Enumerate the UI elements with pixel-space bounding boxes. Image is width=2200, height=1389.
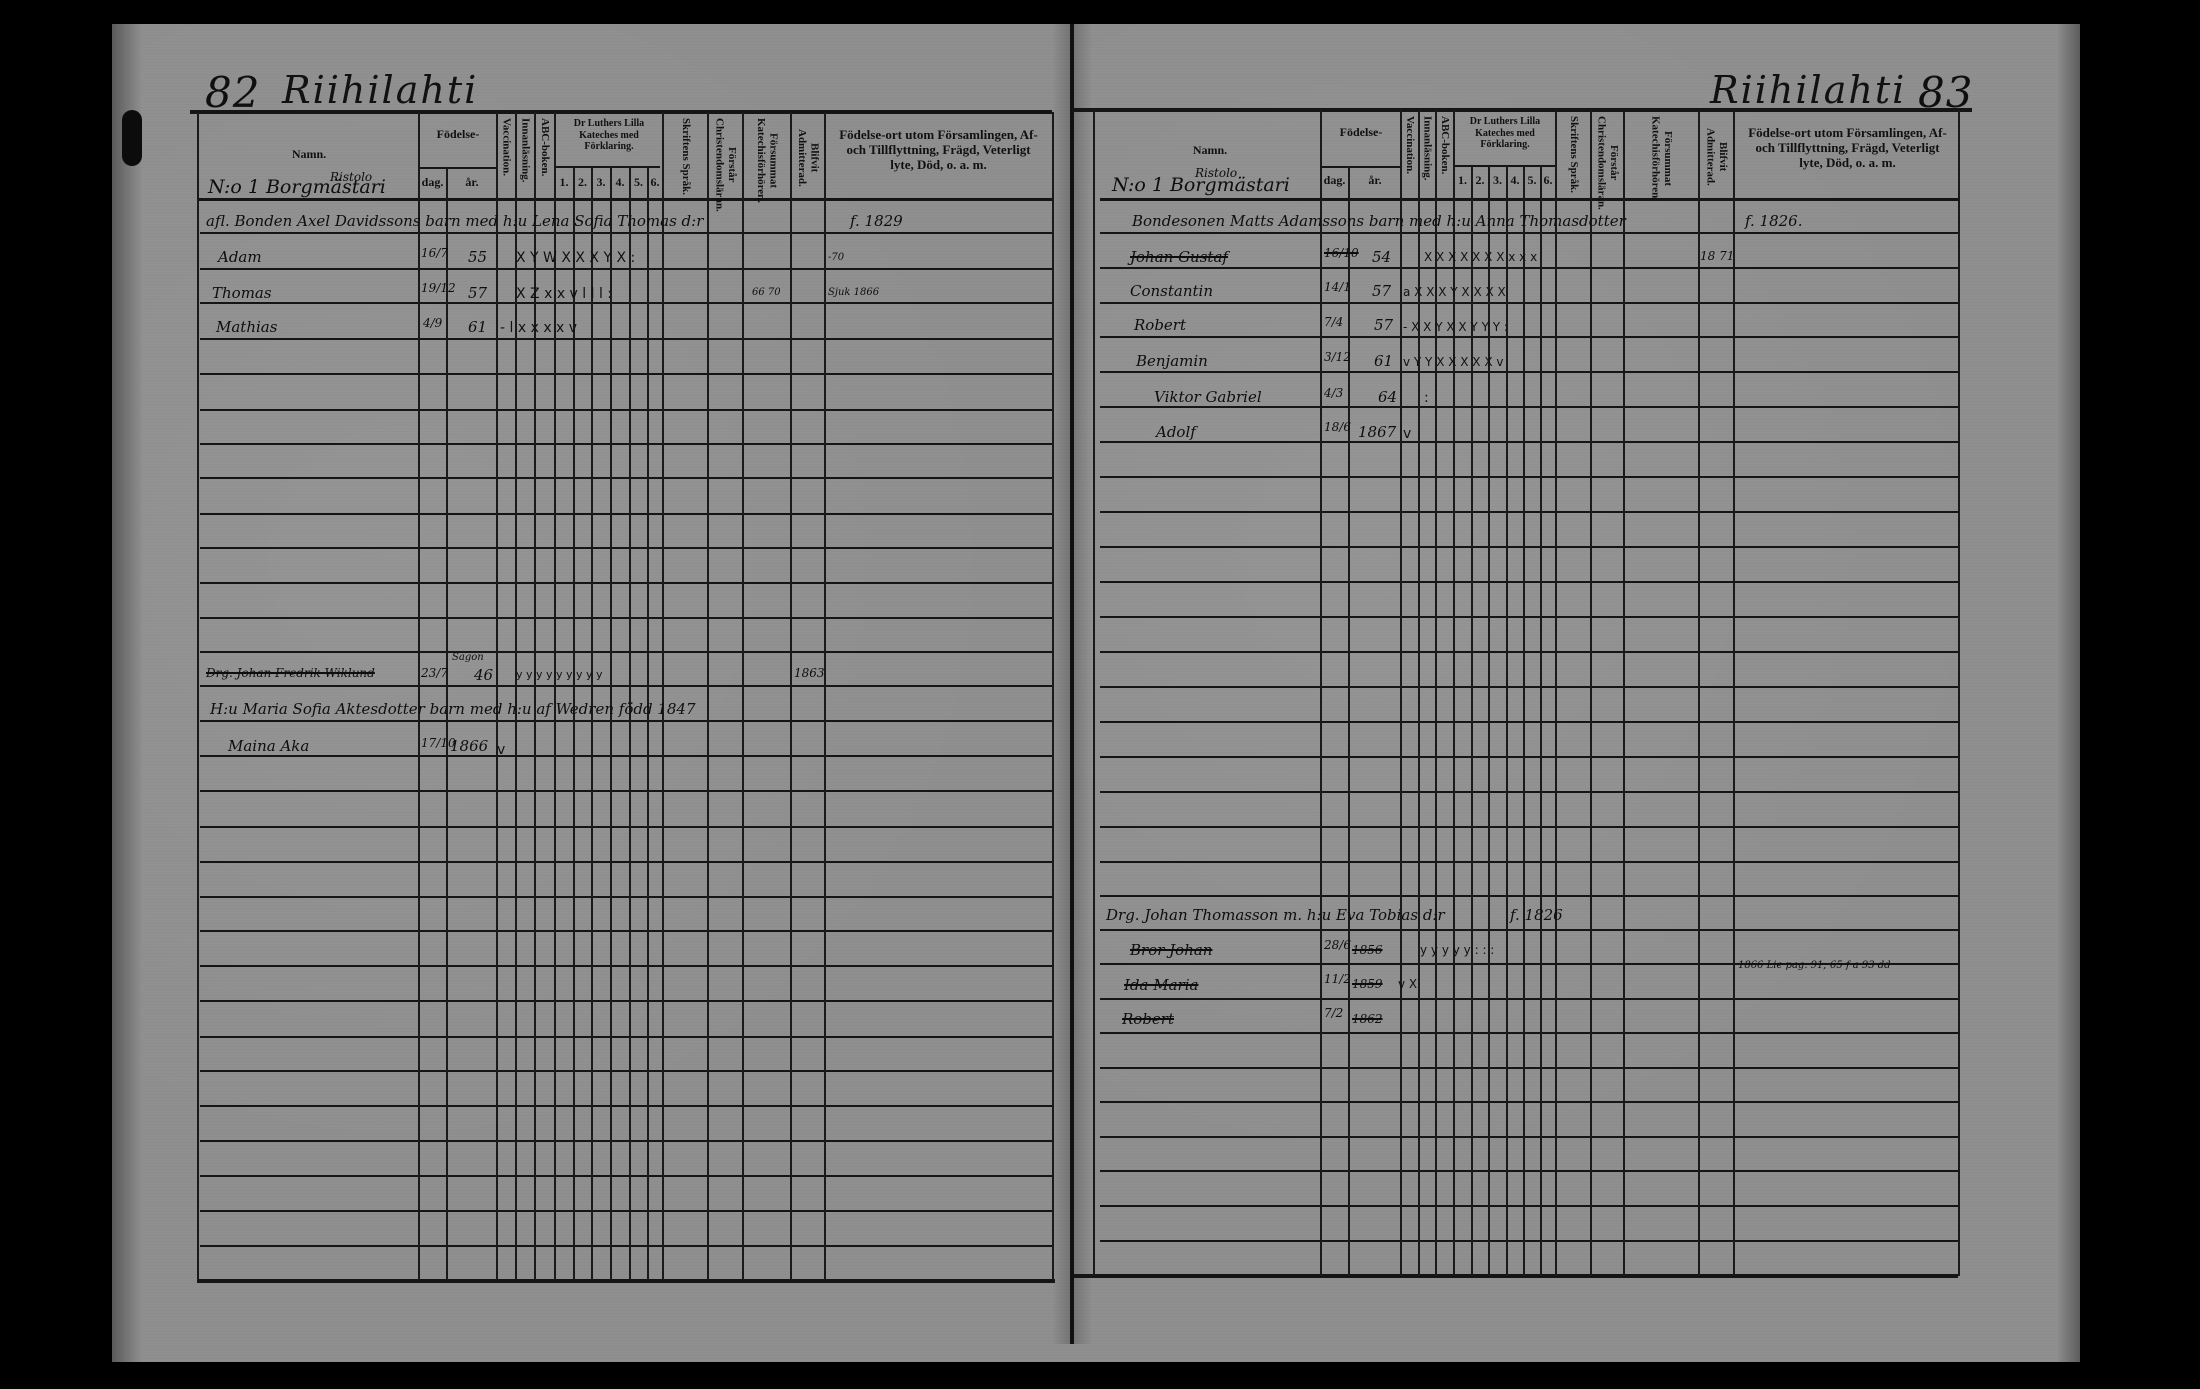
left-row-marks: y y y y y y y y y	[516, 668, 603, 681]
left-row-heading-1: afl. Bonden Axel Davidssons barn med h:u…	[206, 212, 703, 230]
right-parish-title: Riihilahti	[1710, 68, 1906, 112]
right-row-marks: :	[1424, 390, 1429, 406]
right-row-admitted: 18 71	[1700, 249, 1734, 263]
right-header-birth: Födelse-	[1322, 126, 1400, 140]
right-header-forsummat: Försummat Katechisförhören.	[1625, 112, 1698, 198]
left-row-birth-day: 23/7	[421, 666, 448, 680]
right-row-name: Robert	[1134, 316, 1186, 334]
right-row-name: Ida Maria	[1124, 976, 1198, 994]
register-spread: 82 Riihilahti	[0, 0, 2200, 1389]
right-row-name: Benjamin	[1136, 352, 1208, 370]
left-header-notes: Födelse-ort utom Församlingen, Af- och T…	[836, 128, 1041, 173]
left-row-birth-day: 16/7	[421, 246, 448, 260]
right-header-skriftens: Skriftens Språk.	[1557, 112, 1590, 198]
left-row-birth-note: Sagon	[452, 652, 484, 663]
right-row-birth-year: 1859	[1352, 977, 1383, 991]
right-header-name: Namn.	[1100, 144, 1320, 158]
right-row-birth-day: 3/12	[1324, 350, 1351, 364]
left-row-birth-year: 57	[468, 284, 487, 302]
left-header-cat-2: 2.	[574, 176, 591, 190]
right-row-name: Bror Johan	[1130, 941, 1212, 959]
left-row-marks: v	[497, 742, 505, 758]
right-row-heading-1-notes: f. 1826.	[1745, 212, 1803, 230]
right-header-innanlasning: Innanläsning.	[1419, 112, 1435, 198]
right-row-birth-day: 7/4	[1324, 315, 1343, 329]
right-header-vaccination: Vaccination.	[1401, 112, 1418, 198]
right-header-notes: Födelse-ort utom Församlingen, Af- och T…	[1745, 126, 1950, 171]
right-row-birth-year: 61	[1374, 352, 1393, 370]
right-row-marks: - X X Y X X Y Y Y :	[1403, 320, 1508, 334]
left-row-birth-day: 19/12	[421, 281, 456, 295]
left-row-name: Adam	[218, 248, 262, 266]
right-row-birth-day: 16/10	[1324, 246, 1359, 260]
right-header-abc: ABC-boken.	[1436, 112, 1453, 198]
left-row-notes: Sjuk 1866	[828, 287, 879, 298]
right-row-birth-day: 28/6	[1324, 938, 1351, 952]
left-header-birth-day: dag.	[419, 176, 446, 190]
right-header-cat-2: 2.	[1472, 174, 1488, 188]
left-header-birth: Födelse-	[420, 128, 496, 142]
left-row-marks: X Z x x v l l l :	[516, 286, 612, 302]
right-row-birth-day: 4/3	[1324, 386, 1343, 400]
book-spine	[1070, 24, 1074, 1344]
right-row-birth-year: 1867	[1358, 423, 1396, 441]
right-row-name: Adolf	[1156, 423, 1196, 441]
right-header-catechism: Dr Luthers Lilla Kateches med Förklaring…	[1455, 116, 1555, 151]
right-row-heading-2-notes: f. 1826	[1510, 906, 1563, 924]
right-row-birth-day: 11/2	[1324, 972, 1351, 986]
right-household-label: N:o 1 Borgmästari	[1112, 174, 1290, 196]
right-row-heading-1: Bondesonen Matts Adamssons barn med h:u …	[1132, 212, 1626, 230]
right-header-cat-3: 3.	[1489, 174, 1506, 188]
right-row-birth-year: 64	[1378, 388, 1397, 406]
left-header-name: Namn.	[200, 148, 418, 162]
right-row-marks: v Y Y X X X X X v	[1403, 355, 1503, 369]
left-row-forsummat: 66 70	[752, 287, 781, 298]
right-row-birth-year: 1856	[1352, 943, 1383, 957]
left-header-abc: ABC-boken.	[535, 114, 554, 198]
right-row-name: Robert	[1122, 1010, 1174, 1028]
right-row-birth-year: 57	[1372, 282, 1391, 300]
left-header-forsar: Förstår Christendomsläran.	[709, 114, 742, 198]
left-header-cat-4: 4.	[611, 176, 629, 190]
left-row-birth-year: 55	[468, 248, 487, 266]
left-row-birth-day: 4/9	[423, 316, 442, 330]
left-row-birth-year: 1866	[450, 737, 488, 755]
right-row-name: Viktor Gabriel	[1154, 388, 1262, 406]
left-header-innanlasning: Innanläsning.	[516, 114, 534, 198]
left-row-name: Thomas	[212, 284, 272, 302]
right-row-marks: a X X X Y X X X X	[1403, 285, 1506, 299]
right-row-marks: v X	[1398, 977, 1417, 991]
left-row-marks: - l x x x x v	[500, 320, 577, 336]
right-row-notes: 1866 Lie pag. 91; 65 f a 93 dd	[1738, 958, 1928, 974]
binding-hole	[122, 110, 142, 166]
left-row-marks: X Y W X X X Y X :	[516, 250, 635, 266]
right-row-birth-year: 1862	[1352, 1012, 1383, 1026]
left-header-birth-year: år.	[448, 176, 496, 190]
right-header-cat-6: 6.	[1541, 174, 1555, 188]
left-row-heading-2: H:u Maria Sofia Aktesdotter barn med h:u…	[210, 700, 696, 718]
right-row-birth-year: 57	[1374, 316, 1393, 334]
left-row-birth-year: 46	[474, 666, 493, 684]
left-row-admitted: 1863	[794, 666, 825, 680]
right-row-birth-day: 18/6	[1324, 420, 1351, 434]
right-header-birth-day: dag.	[1321, 174, 1348, 188]
right-row-birth-day: 14/1	[1324, 280, 1351, 294]
right-header-admitterad: Blifvit Admitterad.	[1700, 112, 1733, 198]
right-header-cat-1: 1.	[1454, 174, 1471, 188]
left-header-catechism: Dr Luthers Lilla Kateches med Förklaring…	[556, 118, 662, 153]
right-row-marks: v	[1403, 426, 1411, 442]
left-header-skriftens: Skriftens Språk.	[664, 114, 707, 198]
left-row-birth-year: 61	[468, 318, 487, 336]
left-header-cat-3: 3.	[592, 176, 610, 190]
left-row-name: Maina Aka	[228, 737, 309, 755]
left-header-vaccination: Vaccination.	[497, 114, 515, 198]
left-row-name: Mathias	[216, 318, 277, 336]
left-header-cat-5: 5.	[630, 176, 647, 190]
right-row-birth-day: 7/2	[1324, 1006, 1343, 1020]
right-row-name: Johan Gustaf	[1130, 248, 1228, 266]
right-header-cat-5: 5.	[1524, 174, 1540, 188]
right-row-birth-year: 54	[1372, 248, 1391, 266]
right-row-marks: X X X X X X X x x x	[1424, 250, 1537, 264]
left-row-heading-1-notes: f. 1829	[850, 212, 903, 230]
left-header-admitterad: Blifvit Admitterad.	[792, 114, 824, 198]
right-row-heading-2: Drg. Johan Thomasson m. h:u Eva Tobias d…	[1106, 906, 1445, 924]
right-row-marks: y y y y y : : :	[1420, 943, 1494, 957]
right-header-birth-year: år.	[1350, 174, 1400, 188]
right-row-name: Constantin	[1130, 282, 1213, 300]
left-row-notes: -70	[828, 252, 844, 263]
left-parish-title: Riihilahti	[282, 68, 478, 112]
left-household-label: N:o 1 Borgmästari	[208, 176, 386, 198]
left-header-forsummat: Försummat Katechisförhören.	[744, 114, 790, 198]
left-header-cat-1: 1.	[555, 176, 573, 190]
right-header-cat-4: 4.	[1507, 174, 1523, 188]
left-row-name: Drg. Johan Fredrik Wiklund	[206, 666, 375, 680]
right-header-forsar: Förstår Christendomsläran.	[1592, 112, 1623, 198]
left-header-cat-6: 6.	[648, 176, 662, 190]
